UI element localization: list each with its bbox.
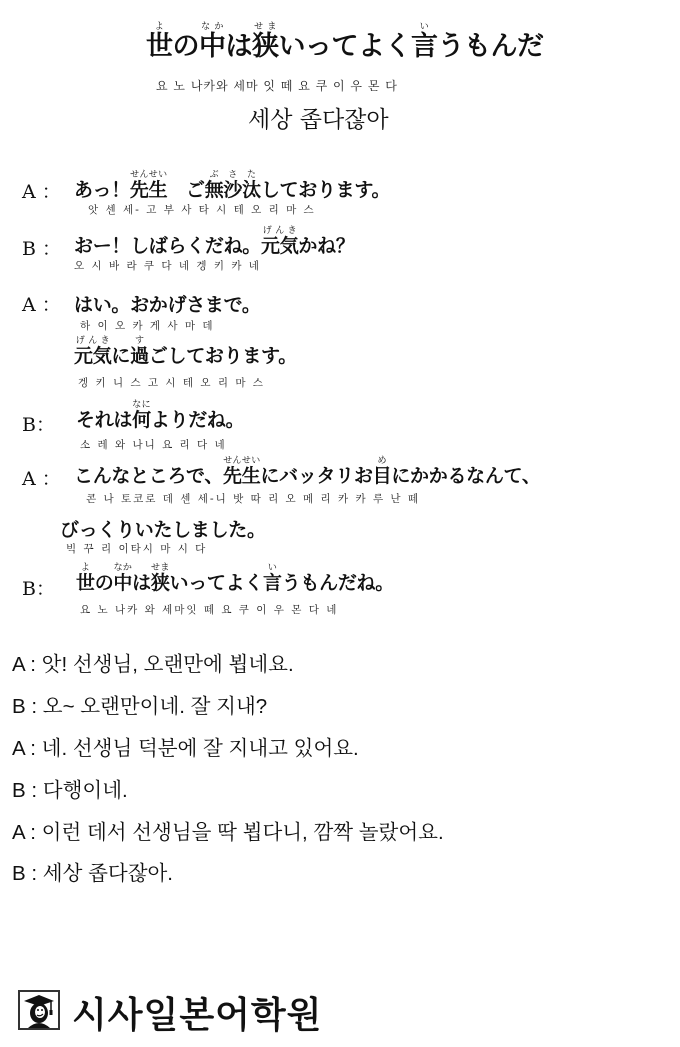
speaker-label: B ： xyxy=(22,234,61,261)
dialogue-reading: 겡 키 니 스 고 시 테 오 리 마 스 xyxy=(78,375,265,390)
dialogue-reading: 소 레 와 나니 요 리 다 네 xyxy=(80,437,227,452)
speaker-label: A ： xyxy=(22,177,61,204)
title-reading-korean: 요 노 나카와 세마 잇 떼 요 쿠 이 우 몬 다 xyxy=(156,77,398,94)
dialogue-japanese: おー！しばらくだね。元気げんきかね？ xyxy=(74,226,355,258)
translation-line: B : 오~ 오랜만이네. 잘 지내? xyxy=(12,689,267,719)
dialogue-reading: 하 이 오 카 게 사 마 데 xyxy=(80,318,215,333)
translation-line: B : 세상 좁다잖아. xyxy=(12,856,173,886)
speaker-label: B： xyxy=(22,574,55,601)
dialogue-japanese: びっくりいたしました。 xyxy=(60,515,266,542)
translation-line: A : 이런 데서 선생님을 딱 뵙다니, 깜짝 놀랐어요. xyxy=(12,815,444,845)
title-korean: 세상 좁다잖아 xyxy=(248,101,389,134)
dialogue-japanese: あっ！先生せんせい ご無沙汰ぶさたしております。 xyxy=(74,170,390,202)
title-japanese: 世よの中なかは狭せまいってよく言いうもんだ xyxy=(146,22,544,63)
dialogue-japanese: はい。おかげさまで。 xyxy=(74,290,261,317)
dialogue-japanese: 世よの中なかは狭せまいってよく言いうもんだね。 xyxy=(76,563,394,595)
dialogue-japanese: こんなところで、先生せんせいにバッタリお目めにかかるなんて、 xyxy=(74,456,541,488)
dialogue-reading: 앗 센 세- 고 부 사 타 시 테 오 리 마 스 xyxy=(88,202,316,217)
dialogue-reading: 요 노 나카 와 세마잇 떼 요 쿠 이 우 몬 다 네 xyxy=(80,602,338,617)
translation-line: A : 앗! 선생님, 오랜만에 뵙네요. xyxy=(12,647,294,677)
translation-line: B : 다행이네. xyxy=(12,773,128,803)
dialogue-reading: 빅 꾸 리 이타시 마 시 다 xyxy=(66,541,207,556)
dialogue-reading: 오 시 바 라 쿠 다 네 겡 키 카 네 xyxy=(74,258,261,273)
graduate-mascot-icon xyxy=(18,990,60,1030)
speaker-label: B： xyxy=(22,410,55,437)
speaker-label: A ： xyxy=(22,464,61,491)
brand-name: 시사일본어학원 xyxy=(72,987,322,1038)
translation-line: A : 네. 선생님 덕분에 잘 지내고 있어요. xyxy=(12,731,359,761)
speaker-label: A ： xyxy=(22,290,61,317)
dialogue-japanese: それは何なによりだね。 xyxy=(76,400,244,432)
dialogue-japanese: 元気げんきに過すごしております。 xyxy=(74,336,297,368)
dialogue-reading: 콘 나 토코로 데 센 세-니 밧 따 리 오 메 리 카 카 루 난 떼 xyxy=(86,491,420,506)
